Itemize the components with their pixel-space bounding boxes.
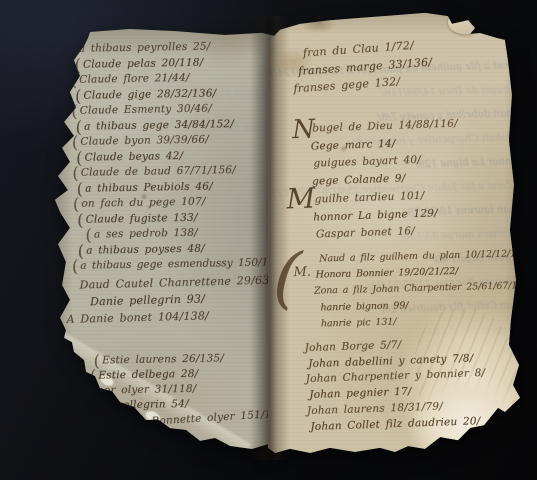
index-block-right-1: fran du Clau 1/72/ franses marge 33/136/… bbox=[302, 36, 434, 97]
left-page-wrapper: a thibaus gege 34/84/152/ Claude de baud… bbox=[50, 26, 274, 452]
index-block-left-3: Estie laurens 26/135/ Estie delbega 28/ … bbox=[79, 350, 289, 429]
margin-note-m: M. bbox=[293, 266, 311, 279]
manuscript-entry: Gaspar bonet 16/ bbox=[316, 222, 462, 245]
left-page: a thibaus gege 34/84/152/ Claude de baud… bbox=[50, 26, 274, 452]
book-scan-photograph: a thibaus gege 34/84/152/ Claude de baud… bbox=[0, 0, 537, 480]
index-block-right-2: N M bugel de Dieu 14/88/116/ Gege marc 1… bbox=[310, 115, 462, 244]
index-block-right-4: Johan Borge 5/7/ Johan dabellini y canet… bbox=[304, 335, 487, 435]
index-block-left-1: a thibaus peyrolles 25/ Claude pelas 20/… bbox=[70, 38, 285, 274]
right-page: Naud a filz guilhem du plan 10/12/12/13/… bbox=[268, 12, 520, 468]
index-block-right-3: ( M. Naud a filz guilhem du plan 10/12/1… bbox=[319, 245, 537, 333]
folded-corner bbox=[446, 9, 480, 37]
margin-initial-m: M bbox=[286, 184, 316, 213]
right-page-wrapper: Naud a filz guilhem du plan 10/12/12/13/… bbox=[268, 12, 520, 468]
index-block-left-2: Daud Cautel Chanrettene 29/63/ Danie pel… bbox=[79, 271, 274, 327]
